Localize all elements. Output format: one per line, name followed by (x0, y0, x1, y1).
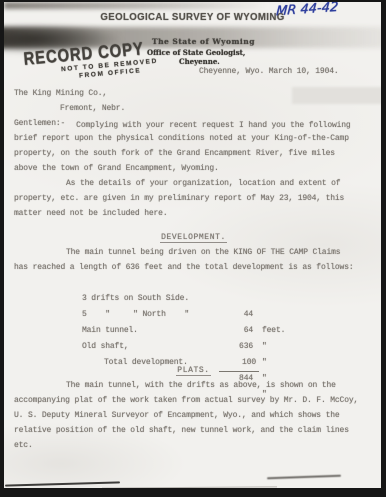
row-unit: " (262, 355, 267, 371)
table-row: Main tunnel. 636 " (14, 307, 373, 323)
table-row-total: Total development. 844 " (14, 339, 373, 355)
recipient-address: Fremont, Nebr. (14, 101, 373, 116)
plats-line5: etc. (14, 438, 373, 453)
recipient-name: The King Mining Co., (14, 86, 373, 101)
plats-line4: relative position of the old shaft, new … (14, 423, 373, 438)
development-heading: DEVELOPMENT. (14, 230, 373, 245)
development-intro-line2: has reached a length of 636 feet and the… (14, 260, 373, 275)
scratch-mark (102, 486, 277, 488)
row-unit: " (262, 371, 267, 387)
paragraph1-line2: brief report upon the physical condition… (14, 131, 373, 146)
row-unit: " (262, 387, 267, 403)
scratch-mark (267, 475, 341, 480)
row-value: 844 (219, 371, 253, 387)
salutation-line: Gentlemen:-Complying with your recent re… (14, 116, 373, 131)
paragraph2-line3: matter need not be included here. (14, 206, 373, 221)
scanned-letter-photo: GEOLOGICAL SURVEY OF WYOMING MR 44-42 Th… (0, 0, 386, 497)
letter-page: GEOLOGICAL SURVEY OF WYOMING MR 44-42 Th… (4, 2, 381, 488)
table-row: 5 " " North " 64 " (14, 291, 373, 307)
plats-line2: accompanying plat of the work taken from… (14, 393, 373, 408)
table-row: Old shaft, 100 " (14, 323, 373, 339)
plats-line3: U. S. Deputy Mineral Surveyor of Encampm… (14, 408, 373, 423)
paragraph1-line1: Complying with your recent request I han… (76, 118, 350, 133)
paragraph1-line3: property, on the south fork of the Grand… (14, 146, 373, 161)
plats-line1: The main tunnel, with the drifts as abov… (14, 378, 373, 393)
row-label: Total development. (104, 355, 188, 371)
paragraph2-line2: property, etc. are given in my prelimina… (14, 191, 373, 206)
top-smudge (4, 2, 269, 9)
paragraph2-line1: As the details of your organization, loc… (14, 176, 373, 191)
plats-heading: PLATS. (14, 363, 373, 378)
dateline: Cheyenne, Wyo. March 10, 1904. (199, 67, 339, 76)
development-intro-line1: The main tunnel being driven on the KING… (14, 245, 373, 260)
paragraph1-line4: above the town of Grand Encampment, Wyom… (14, 161, 373, 176)
row-value: 100 (219, 355, 259, 372)
salutation: Gentlemen:- (14, 119, 65, 128)
table-row: 3 drifts on South Side. 44 feet. (14, 275, 373, 291)
letter-body: The King Mining Co., Fremont, Nebr. Gent… (14, 86, 373, 453)
scratch-mark (5, 481, 120, 486)
